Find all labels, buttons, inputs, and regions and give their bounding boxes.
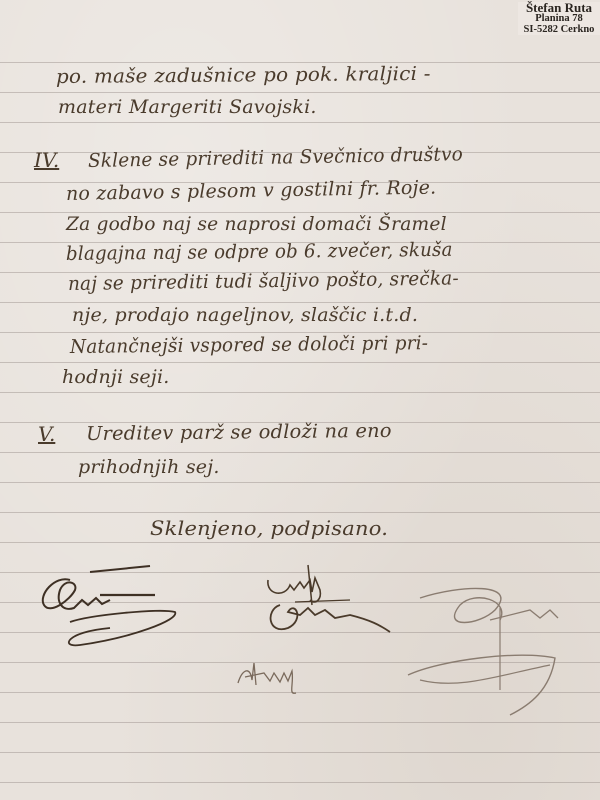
ruled-line: [0, 362, 600, 363]
ruled-line: [0, 782, 600, 783]
ruled-line: [0, 452, 600, 453]
ruled-line: [0, 482, 600, 483]
owner-stamp: Štefan Ruta Planina 78 SI-5282 Cerkno: [518, 2, 600, 35]
signature-center: [260, 560, 400, 640]
ruled-line: [0, 302, 600, 303]
ruled-line: [0, 62, 600, 63]
signature-center-bottom: [230, 655, 320, 700]
text-line: no zabavo s plesom v gostilni fr. Roje.: [66, 177, 437, 205]
ruled-line: [0, 122, 600, 123]
document-page: Štefan Ruta Planina 78 SI-5282 Cerkno po…: [0, 0, 600, 800]
closing-line: Sklenjeno, podpisano.: [150, 516, 388, 540]
text-line: po. maše zadušnice po pok. kraljici -: [56, 63, 431, 88]
text-line: materi Margeriti Savojski.: [58, 96, 317, 118]
stamp-postal: SI-5282 Cerkno: [518, 24, 600, 35]
ruled-line: [0, 512, 600, 513]
section-numeral: IV.: [34, 148, 59, 172]
signature-left: [30, 560, 180, 650]
stamp-name: Štefan Ruta: [518, 2, 600, 13]
ruled-line: [0, 542, 600, 543]
text-line: Ureditev parž se odloži na eno: [86, 420, 392, 445]
text-line: hodnji seji.: [62, 366, 170, 388]
signature-right: [400, 580, 570, 720]
text-line: blagajna naj se odpre ob 6. zvečer, skuš…: [66, 239, 453, 265]
text-line: Sklene se prirediti na Svečnico društvo: [88, 143, 463, 172]
text-line: Za godbo naj se naprosi domači Šramel: [66, 213, 447, 235]
text-line: prihodnjih sej.: [78, 456, 220, 478]
ruled-line: [0, 392, 600, 393]
ruled-line: [0, 92, 600, 93]
text-line: nje, prodajo nageljnov, slaščic i.t.d.: [72, 304, 418, 326]
section-numeral: V.: [38, 422, 55, 446]
ruled-line: [0, 752, 600, 753]
text-line: Natančnejši vspored se določi pri pri-: [70, 332, 428, 358]
ruled-line: [0, 722, 600, 723]
text-line: naj se prirediti tudi šaljivo pošto, sre…: [68, 267, 459, 295]
